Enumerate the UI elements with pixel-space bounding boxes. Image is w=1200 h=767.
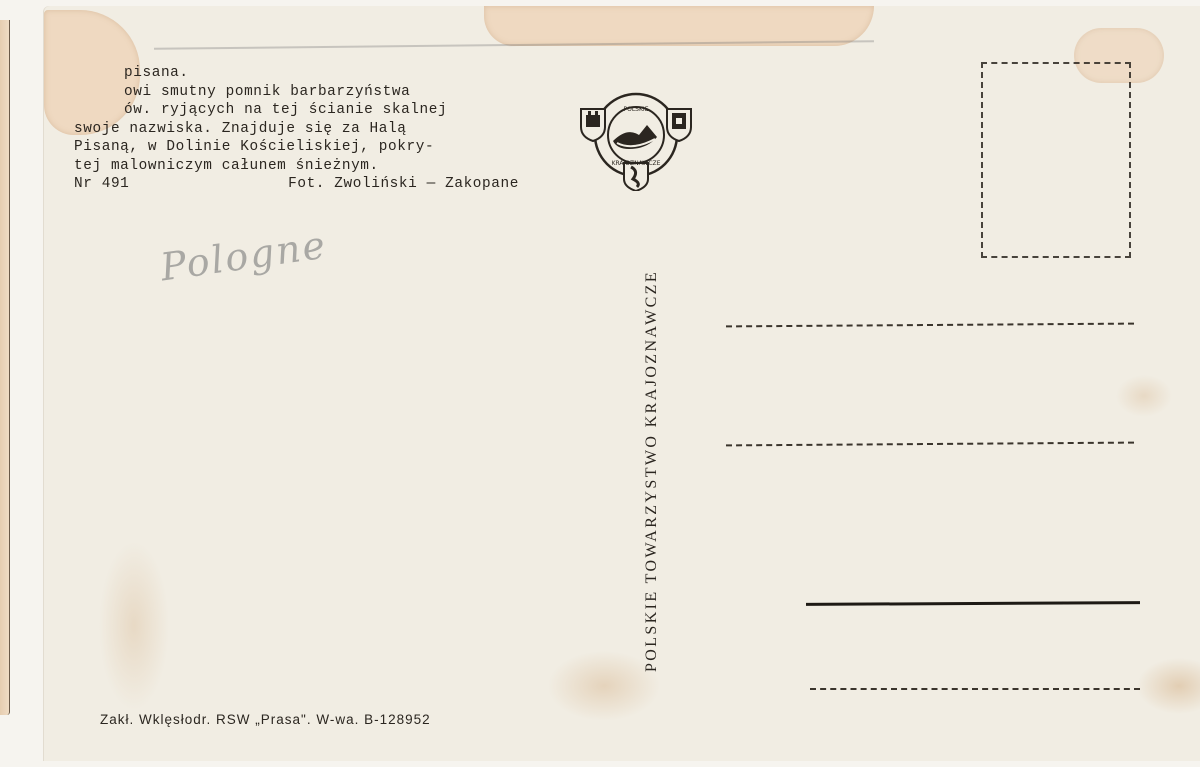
stamp-placeholder-box (981, 62, 1131, 258)
publisher-name-vertical: POLSKIE TOWARZYSTWO KRAJOZNAWCZE (640, 216, 664, 726)
handwritten-note: Pologne (158, 223, 330, 290)
svg-text:POLSKIE: POLSKIE (624, 106, 649, 113)
address-line-4 (810, 688, 1140, 690)
caption-text: pisana. owi smutny pomnik barbarzyństwa … (74, 64, 524, 194)
caption-line: owi smutny pomnik barbarzyństwa (74, 83, 524, 102)
card-number: Nr 491 (74, 175, 129, 194)
photo-credit: Fot. Zwoliński — Zakopane (288, 175, 519, 194)
postcard-back: pisana. owi smutny pomnik barbarzyństwa … (44, 6, 1200, 761)
address-line-1 (726, 323, 1134, 328)
publisher-name-text: POLSKIE TOWARZYSTWO KRAJOZNAWCZE (643, 270, 661, 672)
adjacent-card-edge (0, 20, 10, 715)
caption-line: swoje nazwiska. Znajduje się za Halą (74, 120, 524, 139)
caption-line: ów. ryjących na tej ścianie skalnej (74, 101, 524, 120)
svg-text:KRAJOZNAWCZE: KRAJOZNAWCZE (612, 160, 661, 167)
caption-line: pisana. (74, 64, 524, 83)
caption-credit: Nr 491 Fot. Zwoliński — Zakopane (74, 175, 519, 194)
address-line-2 (726, 442, 1134, 447)
pttk-emblem-icon: POLSKIE KRAJOZNAWCZE (577, 91, 695, 191)
address-line-3 (806, 601, 1140, 606)
caption-line: Pisaną, w Dolinie Kościeliskiej, pokry- (74, 138, 524, 157)
printer-imprint: Zakł. Wklęsłodr. RSW „Prasa". W-wa. B-12… (100, 712, 431, 727)
caption-line: tej malowniczym całunem śnieżnym. (74, 157, 524, 176)
